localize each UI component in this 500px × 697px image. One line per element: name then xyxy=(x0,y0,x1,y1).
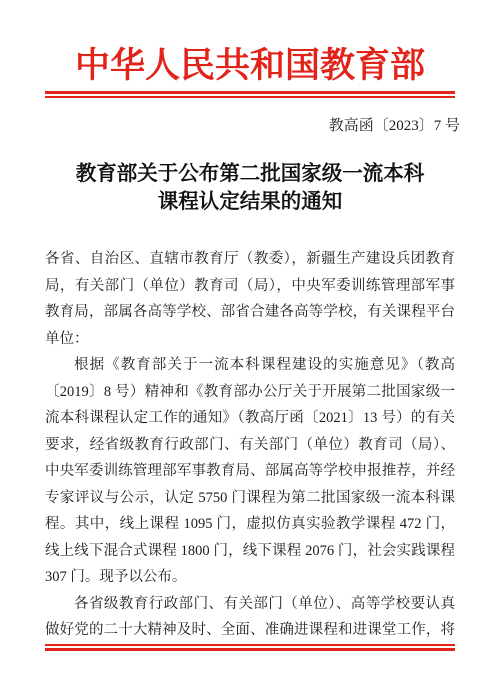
body-line: 要求，经省级教育行政部门、有关部门（单位）教育司（局）、 xyxy=(45,432,455,459)
body-line: 307 门。现予以公布。 xyxy=(45,564,455,591)
document-body: 各省、自治区、直辖市教育厅（教委），新疆生产建设兵团教育局，有关部门（单位）教育… xyxy=(45,246,455,644)
document-page: 中华人民共和国教育部 教高函〔2023〕7 号 教育部关于公布第二批国家级一流本… xyxy=(0,0,500,697)
red-divider-top xyxy=(45,91,455,98)
document-title: 教育部关于公布第二批国家级一流本科 课程认定结果的通知 xyxy=(0,160,500,216)
agency-header-title: 中华人民共和国教育部 xyxy=(0,38,500,88)
body-line: 根据《教育部关于一流本科课程建设的实施意见》（教高 xyxy=(45,352,455,379)
body-line: 专家评议与公示，认定 5750 门课程为第二批国家级一流本科课 xyxy=(45,485,455,512)
document-title-line-2: 课程认定结果的通知 xyxy=(0,188,500,216)
red-divider-bottom xyxy=(45,644,455,651)
body-line: 程。其中，线上课程 1095 门，虚拟仿真实验教学课程 472 门， xyxy=(45,511,455,538)
body-line: 流本科课程认定工作的通知》（教高厅函〔2021〕13 号）的有关 xyxy=(45,405,455,432)
body-line: 各省级教育行政部门、有关部门（单位）、高等学校要认真 xyxy=(45,591,455,618)
body-line: 〔2019〕8 号）精神和《教育部办公厅关于开展第二批国家级一 xyxy=(45,379,455,406)
body-line: 各省、自治区、直辖市教育厅（教委），新疆生产建设兵团教育 xyxy=(45,246,455,273)
body-line: 局，有关部门（单位）教育司（局），中央军委训练管理部军事 xyxy=(45,273,455,300)
body-line: 单位： xyxy=(45,326,455,353)
body-line: 中央军委训练管理部军事教育局、部属高等学校申报推荐，并经 xyxy=(45,458,455,485)
body-line: 线上线下混合式课程 1800 门，线下课程 2076 门，社会实践课程 xyxy=(45,538,455,565)
document-title-line-1: 教育部关于公布第二批国家级一流本科 xyxy=(0,160,500,188)
body-line: 教育局，部属各高等学校、部省合建各高等学校，有关课程平台 xyxy=(45,299,455,326)
body-line: 做好党的二十大精神及时、全面、准确进课程和进课堂工作，将 xyxy=(45,617,455,644)
doc-number: 教高函〔2023〕7 号 xyxy=(329,114,460,135)
